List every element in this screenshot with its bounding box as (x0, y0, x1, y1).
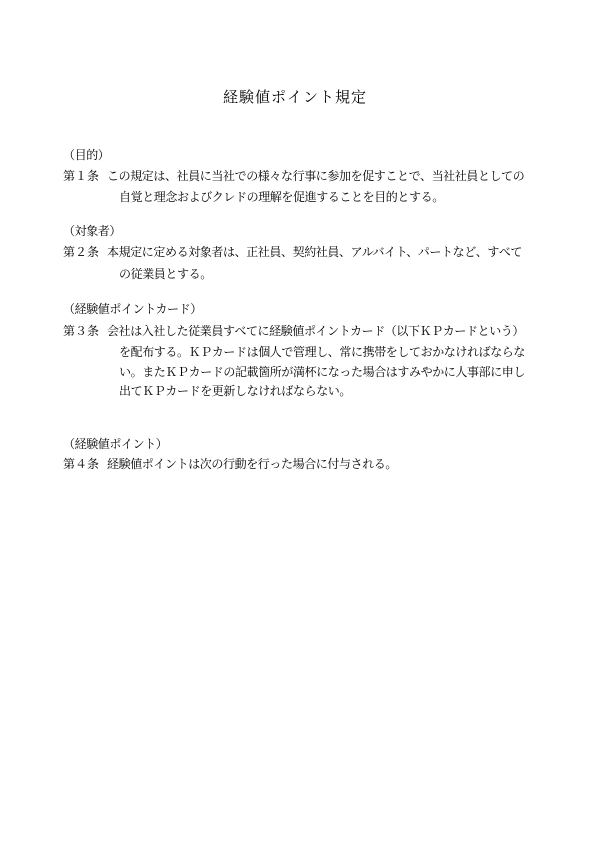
article-3-line: 第３条会社は入社した従業員すべてに経験値ポイントカード（以下ＫＰカードという） (63, 324, 524, 338)
article-1-text: この規定は、社員に当社での様々な行事に参加を促すことで、当社社員としての (107, 169, 524, 183)
section-heading-target-persons: （対象者） (63, 224, 121, 238)
article-1-line: 第１条この規定は、社員に当社での様々な行事に参加を促すことで、当社社員としての (63, 169, 524, 183)
article-4-text: 経験値ポイントは次の行動を行った場合に付与される。 (107, 457, 397, 471)
article-3-continuation-line-2: い。またＫＰカードの記載箇所が満杯になった場合はすみやかに人事部に申し (119, 365, 525, 379)
article-2-text: 本規定に定める対象者は、正社員、契約社員、アルバイト、パートなど、すべて (107, 245, 522, 259)
section-heading-purpose: （目的） (63, 148, 109, 162)
article-4-line: 第４条経験値ポイントは次の行動を行った場合に付与される。 (63, 457, 397, 471)
article-2-continuation-line: の従業員とする。 (119, 267, 212, 281)
article-1-continuation-line: 自覚と理念およびクレドの理解を促進することを目的とする。 (119, 190, 444, 204)
article-3-continuation-line-1: を配布する。ＫＰカードは個人で管理し、常に携帯をしておかなければならな (119, 345, 525, 359)
article-3-continuation-line-3: 出てＫＰカードを更新しなければならない。 (119, 384, 351, 398)
article-3-number-label: 第３条 (63, 324, 107, 338)
section-heading-experience-points: （経験値ポイント） (63, 437, 167, 451)
article-2-number-label: 第２条 (63, 245, 107, 259)
article-1-number-label: 第１条 (63, 169, 107, 183)
article-2-line: 第２条本規定に定める対象者は、正社員、契約社員、アルバイト、パートなど、すべて (63, 245, 522, 259)
article-4-number-label: 第４条 (63, 457, 107, 471)
section-heading-point-card: （経験値ポイントカード） (63, 302, 202, 316)
document-page: 経験値ポイント規定 （目的） 第１条この規定は、社員に当社での様々な行事に参加を… (0, 0, 608, 848)
article-3-text: 会社は入社した従業員すべてに経験値ポイントカード（以下ＫＰカードという） (107, 324, 524, 338)
document-title: 経験値ポイント規定 (0, 86, 599, 107)
